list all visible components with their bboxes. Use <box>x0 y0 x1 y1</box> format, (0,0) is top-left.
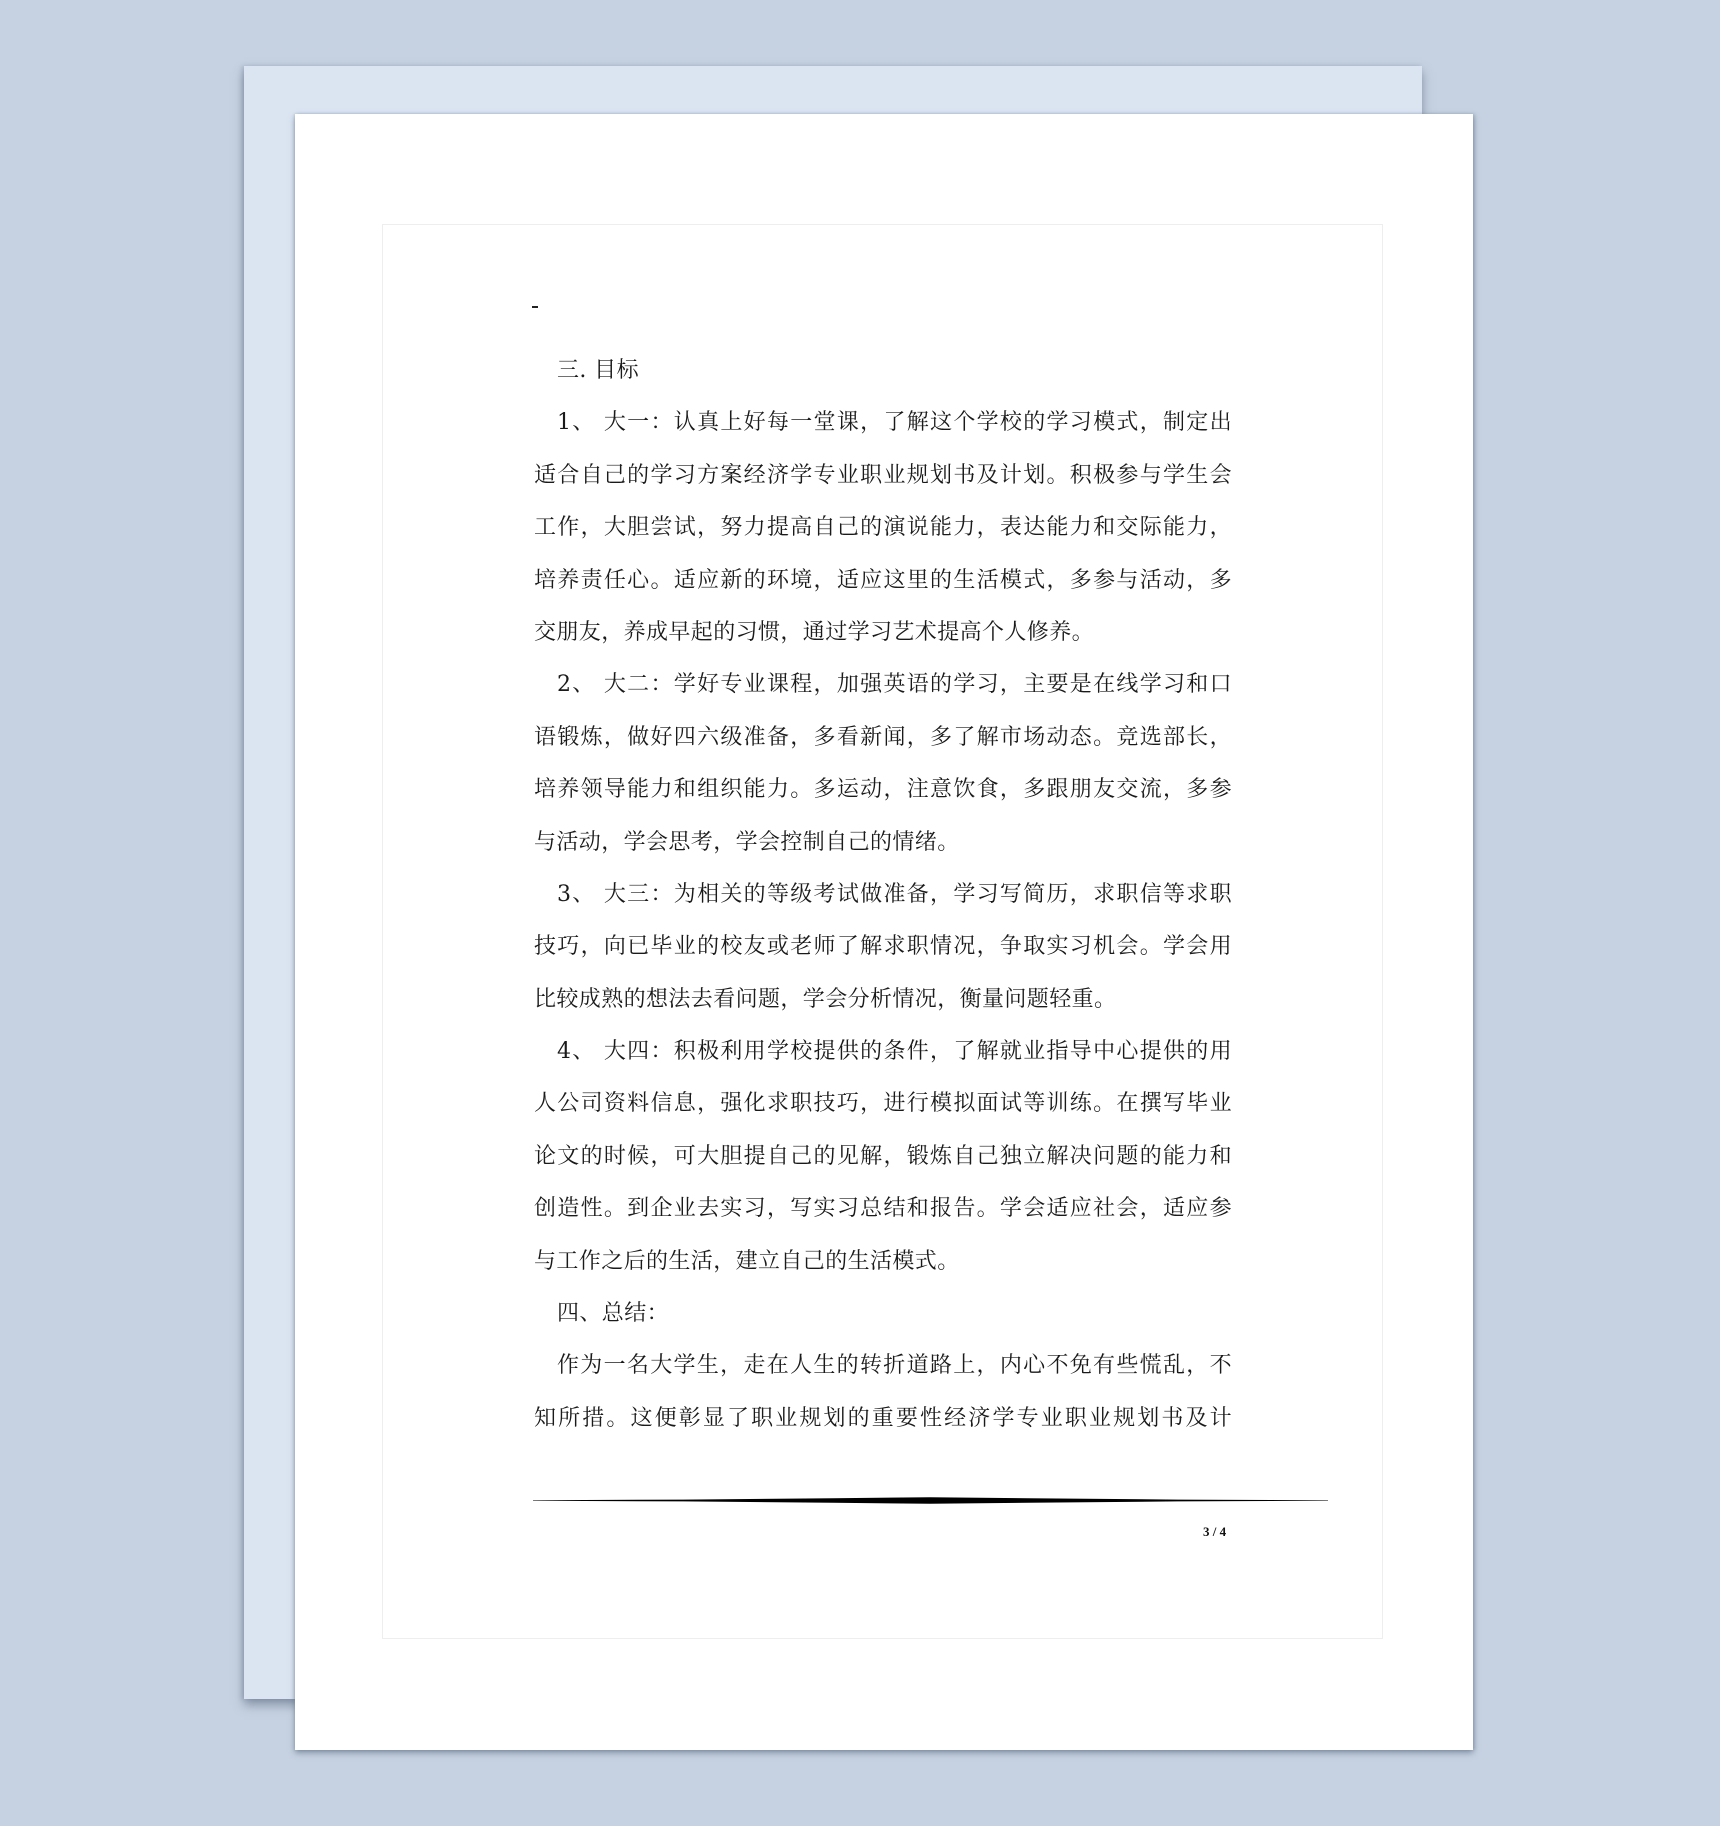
text-line: 知所措。这便彰显了职业规划的重要性经济学专业职业规划书及计 <box>534 1393 1232 1445</box>
section-heading: 四、总结： <box>534 1288 1232 1340</box>
text-line: 适合自己的学习方案经济学专业职业规划书及计划。积极参与学生会 <box>534 450 1232 502</box>
text-line: 工作，大胆尝试，努力提高自己的演说能力，表达能力和交际能力， <box>534 502 1232 554</box>
text-line: 技巧，向已毕业的校友或老师了解求职情况，争取实习机会。学会用 <box>534 921 1232 973</box>
text-line: 交朋友，养成早起的习惯，通过学习艺术提高个人修养。 <box>534 607 1232 659</box>
text-line: 作为一名大学生，走在人生的转折道路上，内心不免有些慌乱，不 <box>534 1340 1232 1392</box>
document-body: 三. 目标 1、 大一：认真上好每一堂课，了解这个学校的学习模式，制定出 适合自… <box>534 345 1232 1445</box>
header-mark <box>532 306 538 308</box>
text-line: 人公司资料信息，强化求职技巧，进行模拟面试等训练。在撰写毕业 <box>534 1078 1232 1130</box>
text-line: 与工作之后的生活，建立自己的生活模式。 <box>534 1236 1232 1288</box>
text-line: 4、 大四：积极利用学校提供的条件，了解就业指导中心提供的用 <box>534 1026 1232 1078</box>
section-heading: 三. 目标 <box>534 345 1232 397</box>
text-line: 语锻炼，做好四六级准备，多看新闻，多了解市场动态。竞选部长， <box>534 712 1232 764</box>
tapered-rule-graphic <box>533 1497 1328 1504</box>
text-line: 2、 大二：学好专业课程，加强英语的学习，主要是在线学习和口 <box>534 659 1232 711</box>
text-line: 培养责任心。适应新的环境，适应这里的生活模式，多参与活动，多 <box>534 555 1232 607</box>
text-line: 比较成熟的想法去看问题，学会分析情况，衡量问题轻重。 <box>534 974 1232 1026</box>
text-line: 论文的时候，可大胆提自己的见解，锻炼自己独立解决问题的能力和 <box>534 1131 1232 1183</box>
text-line: 1、 大一：认真上好每一堂课，了解这个学校的学习模式，制定出 <box>534 397 1232 449</box>
footer-divider <box>533 1497 1328 1504</box>
text-line: 创造性。到企业去实习，写实习总结和报告。学会适应社会，适应参 <box>534 1183 1232 1235</box>
text-line: 与活动，学会思考，学会控制自己的情绪。 <box>534 817 1232 869</box>
text-line: 培养领导能力和组织能力。多运动，注意饮食，多跟朋友交流，多参 <box>534 764 1232 816</box>
page-number: 3 / 4 <box>1203 1522 1226 1542</box>
document-page: 三. 目标 1、 大一：认真上好每一堂课，了解这个学校的学习模式，制定出 适合自… <box>295 114 1473 1750</box>
text-line: 3、 大三：为相关的等级考试做准备，学习写简历，求职信等求职 <box>534 869 1232 921</box>
